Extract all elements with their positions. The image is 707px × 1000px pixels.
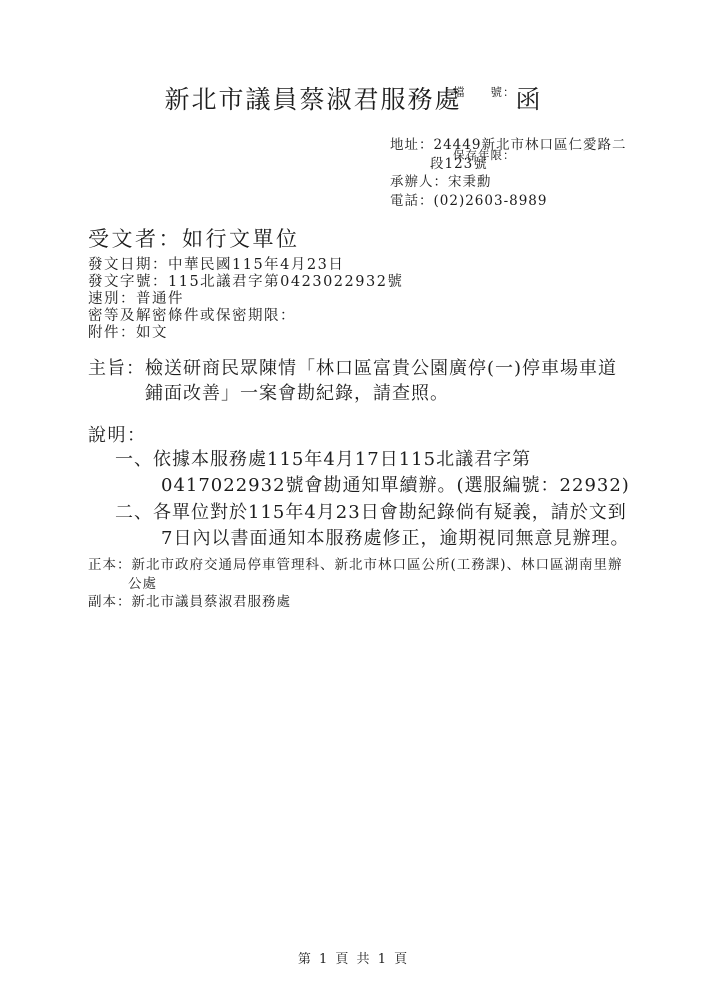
item-1-text: 依據本服務處115年4月17日115北議君字第0417022932號會勘通知單續… (153, 449, 630, 496)
distribution-block: 正本：新北市政府交通局停車管理科、新北市林口區公所(工務課)、林口區湖南里辦公處… (88, 556, 636, 612)
subject-paragraph: 主旨：檢送研商民眾陳情「林口區富貴公園廣停(一)停車場車道鋪面改善」一案會勘紀錄… (88, 356, 636, 406)
original-recipients-line: 正本：新北市政府交通局停車管理科、新北市林口區公所(工務課)、林口區湖南里辦公處 (88, 556, 636, 593)
description-items: 一、依據本服務處115年4月17日115北議君字第0417022932號會勘通知… (115, 447, 633, 553)
sender-info-block: 地址：24449新北市林口區仁愛路二 段123號 承辦人：宋秉勳 電話：(02)… (390, 136, 626, 210)
attachment-line: 附件：如文 (88, 325, 403, 342)
description-item-2: 二、各單位對於115年4月23日會勘紀錄倘有疑義，請於文到7日內以書面通知本服務… (115, 500, 633, 551)
document-page: 檔 號： 保存年限： 新北市議員蔡淑君服務處 函 地址：24449新北市林口區仁… (0, 0, 707, 1000)
cc-text: 新北市議員蔡淑君服務處 (132, 594, 292, 610)
recipient-line: 受文者：如行文單位 (88, 223, 300, 253)
document-meta-block: 發文日期：中華民國115年4月23日 發文字號：115北議君字第04230229… (88, 257, 403, 342)
description-label: 說明： (88, 421, 147, 447)
speed-class-line: 速別：普通件 (88, 291, 403, 308)
original-label: 正本： (88, 557, 132, 573)
sender-address-line1: 地址：24449新北市林口區仁愛路二 (390, 136, 626, 155)
item-2-number: 二、 (115, 502, 153, 523)
description-item-1: 一、依據本服務處115年4月17日115北議君字第0417022932號會勘通知… (115, 447, 633, 498)
original-text: 新北市政府交通局停車管理科、新北市林口區公所(工務課)、林口區湖南里辦公處 (128, 557, 623, 592)
item-2-text: 各單位對於115年4月23日會勘紀錄倘有疑義，請於文到7日內以書面通知本服務處修… (153, 502, 629, 549)
item-1-number: 一、 (115, 449, 153, 470)
subject-text: 檢送研商民眾陳情「林口區富貴公園廣停(一)停車場車道鋪面改善」一案會勘紀錄，請查… (145, 358, 617, 404)
doc-number-line: 發文字號：115北議君字第0423022932號 (88, 274, 403, 291)
sender-address-line2: 段123號 (390, 155, 626, 174)
security-class-line: 密等及解密條件或保密期限： (88, 308, 403, 325)
issue-date-line: 發文日期：中華民國115年4月23日 (88, 257, 403, 274)
subject-label: 主旨： (88, 358, 145, 379)
document-title: 新北市議員蔡淑君服務處 函 (0, 80, 707, 116)
sender-contact-person: 承辦人：宋秉勳 (390, 173, 626, 192)
page-number-footer: 第 1 頁 共 1 頁 (0, 948, 707, 967)
cc-recipients-line: 副本：新北市議員蔡淑君服務處 (88, 593, 636, 612)
cc-label: 副本： (88, 594, 132, 610)
sender-phone: 電話：(02)2603-8989 (390, 192, 626, 211)
